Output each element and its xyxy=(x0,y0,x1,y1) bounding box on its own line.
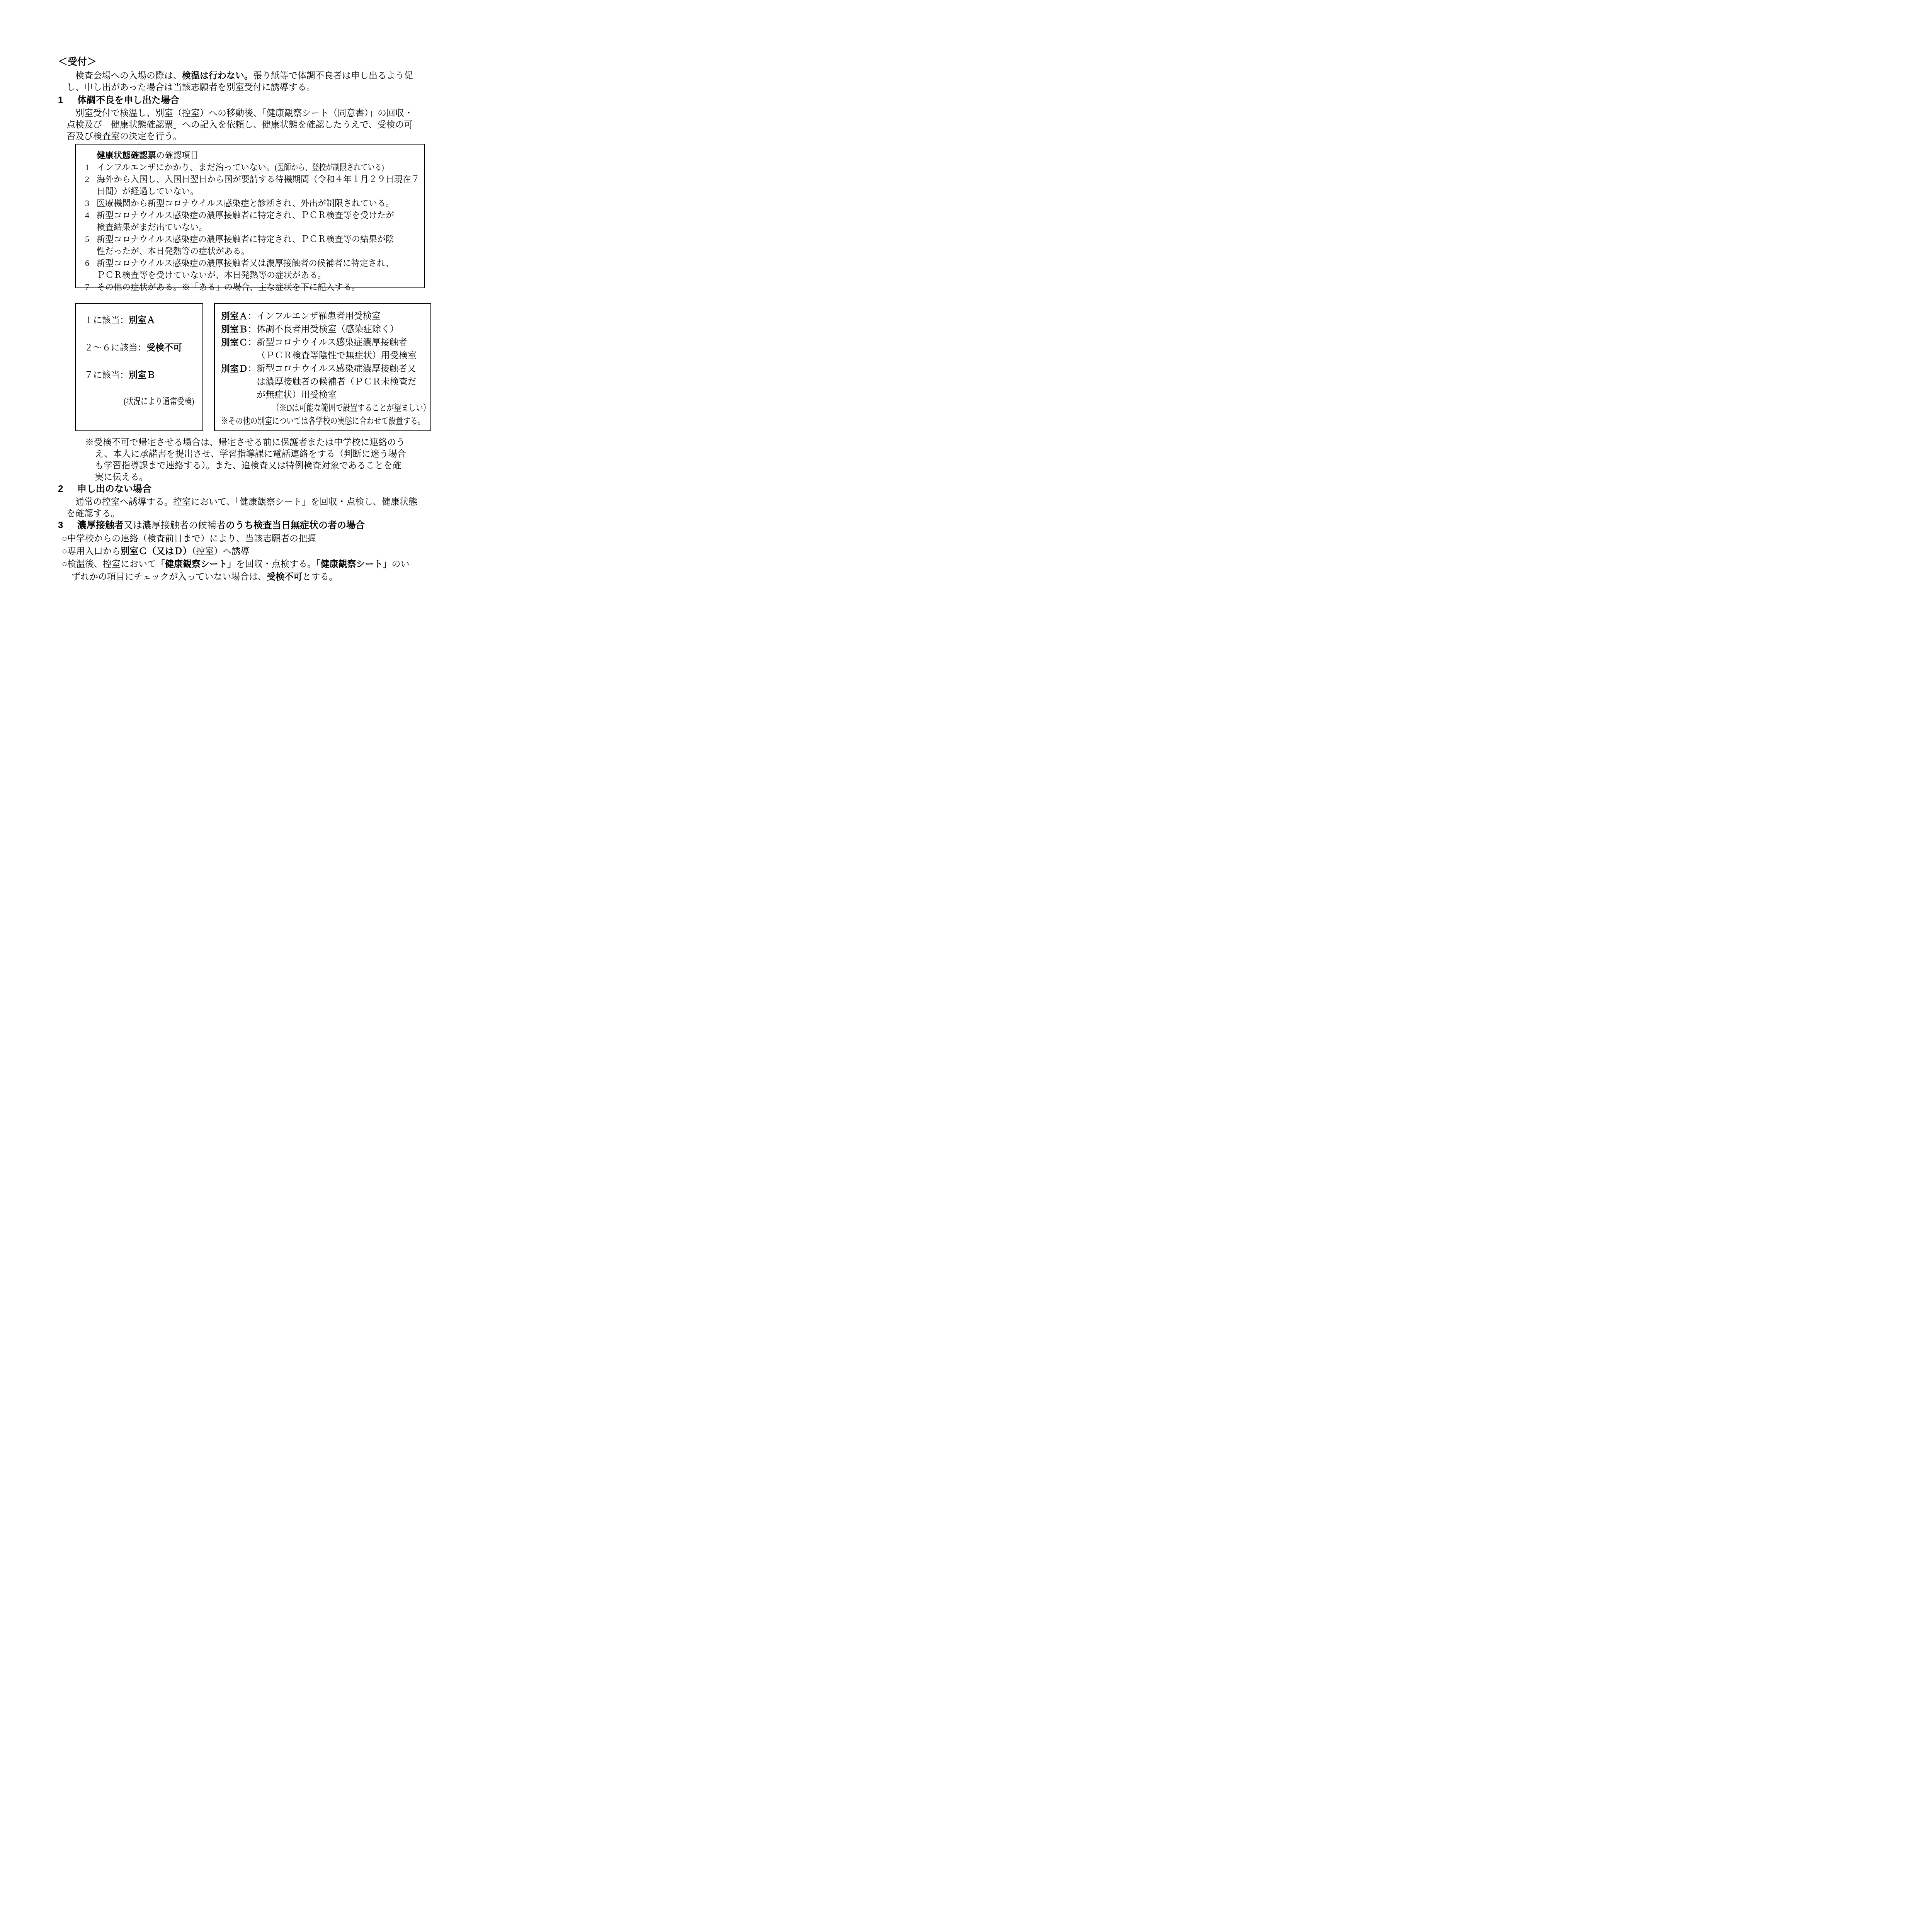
section-3-number: 3 xyxy=(58,520,77,531)
section-3-title-bold-1: 濃厚接触者 xyxy=(77,520,124,531)
assignment-room: 別室Ａ xyxy=(129,315,155,325)
bullet-text: ずれかの項目にチェックが入っていない場合は、 xyxy=(71,572,267,582)
item-note-narrow: (医師から、登校が制限されている) xyxy=(275,161,384,173)
item-number: 3 xyxy=(85,197,97,209)
room-desc: 体調不良者用受検室（感染症除く） xyxy=(257,323,430,336)
checklist-header: 健康状態確認票の確認項目 xyxy=(97,149,424,161)
text-line: 実に伝える。 xyxy=(95,471,406,483)
assignment-note: (状況により通常受検) xyxy=(124,396,202,407)
room-legend-box: 別室Ａ： インフルエンザ罹患者用受検室 別室Ｂ： 体調不良者用受検室（感染症除く… xyxy=(214,303,431,431)
room-desc: が無症状）用受検室 xyxy=(257,388,430,401)
intro-bold-no-temp-check: 検温は行わない。 xyxy=(182,70,253,80)
item-text: 医療機関から新型コロナウイルス感染症と診断され、外出が制限されている。 xyxy=(97,197,424,209)
intro-text: 張り紙等で体調不良者は申し出るよう促 xyxy=(253,71,413,80)
room-assignment-box: １に該当：別室Ａ ２～６に該当：受検不可 ７に該当：別室Ｂ (状況により通常受検… xyxy=(75,303,203,431)
room-colon: ： xyxy=(248,362,257,401)
bullet-text: ○専用入口から xyxy=(62,546,121,556)
section-1-title: 体調不良を申し出た場合 xyxy=(77,95,179,105)
section-2-title: 申し出のない場合 xyxy=(77,484,151,494)
bullet-text: のい xyxy=(391,559,409,569)
section-3-title-regular: 又は濃厚接触者の候補者 xyxy=(124,520,226,531)
bullet-text: （控室）へ誘導 xyxy=(192,546,250,556)
item-text-main: インフルエンザにかかり、まだ治っていない。 xyxy=(97,162,275,172)
room-desc: 新型コロナウイルス感染症濃厚接触者又 xyxy=(257,362,430,375)
room-colon: ： xyxy=(248,323,257,336)
text-line: 点検及び「健康状態確認票」への記入を依頼し、健康状態を確認したうえで、受検の可 xyxy=(66,119,413,131)
assignment-condition: ２～６に該当： xyxy=(84,343,146,352)
room-label: 別室Ｃ xyxy=(221,336,248,362)
intro-paragraph: 検査会場への入場の際は、検温は行わない。張り紙等で体調不良者は申し出るよう促 し… xyxy=(66,70,413,93)
go-home-note: ※受検不可で帰宅させる場合は、帰宅させる前に保護者または中学校に連絡のう え、本… xyxy=(85,437,406,483)
item-number: 2 xyxy=(85,173,97,197)
intro-text: 検査会場への入場の際は、 xyxy=(66,71,182,80)
checklist-box: 健康状態確認票の確認項目 1 インフルエンザにかかり、まだ治っていない。(医師か… xyxy=(75,144,425,288)
section-2-number: 2 xyxy=(58,484,77,494)
assignment-condition: １に該当： xyxy=(84,315,129,325)
text-line: を確認する。 xyxy=(66,508,417,519)
section-3-title-bold-2: のうち検査当日無症状の者の場合 xyxy=(226,520,365,531)
room-colon: ： xyxy=(248,336,257,362)
room-d-note: （※Dは可能な範囲で設置することが望ましい） xyxy=(272,401,430,415)
checklist-item-3: 3 医療機関から新型コロナウイルス感染症と診断され、外出が制限されている。 xyxy=(85,197,424,209)
other-rooms-note-text: ※その他の別室については各学校の実態に合わせて設置する。 xyxy=(221,415,425,428)
room-d-row: 別室Ｄ： 新型コロナウイルス感染症濃厚接触者又 は濃厚接触者の候補者（ＰＣＲ未検… xyxy=(221,362,430,401)
room-a-row: 別室Ａ： インフルエンザ罹患者用受検室 xyxy=(221,310,430,323)
text-line: 否及び検査室の決定を行う。 xyxy=(66,131,413,142)
bullet-contact-junior-high: ○中学校からの連絡（検査前日まで）により、当該志願者の把握 xyxy=(62,532,409,545)
bullet-dedicated-entrance: ○専用入口から別室Ｃ（又はＤ）（控室）へ誘導 xyxy=(62,545,409,558)
item-number: 6 xyxy=(85,257,97,281)
bullet-text: ○検温後、控室において xyxy=(62,559,156,569)
item-text: 新型コロナウイルス感染症の濃厚接触者に特定され、ＰＣＲ検査等を受けたが xyxy=(97,209,424,221)
other-rooms-note: ※その他の別室については各学校の実態に合わせて設置する。 xyxy=(221,415,430,428)
item-text: 新型コロナウイルス感染症の濃厚接触者に特定され、ＰＣＲ検査等の結果が陰 xyxy=(97,233,424,245)
text-line: も学習指導課まで連絡する）。また、追検査又は特例検査対象であることを確 xyxy=(95,460,406,471)
section-1-number: 1 xyxy=(58,95,77,105)
item-text: 性だったが、本日発熱等の症状がある。 xyxy=(97,245,424,257)
section-3-bullets: ○中学校からの連絡（検査前日まで）により、当該志願者の把握 ○専用入口から別室Ｃ… xyxy=(62,532,409,583)
checklist-item-2: 2 海外から入国し、入国日翌日から国が要請する待機期間（令和４年１月２９日現在７… xyxy=(85,173,424,197)
checklist-header-rest: の確認項目 xyxy=(156,150,199,160)
assignment-room: 別室Ｂ xyxy=(129,370,155,380)
item-number: 4 xyxy=(85,209,97,233)
room-label: 別室Ａ xyxy=(221,310,248,323)
room-desc: 新型コロナウイルス感染症濃厚接触者 xyxy=(257,336,430,349)
item-text: 日間）が経過していない。 xyxy=(97,185,424,197)
bullet-text: とする。 xyxy=(302,572,338,582)
checklist-item-4: 4 新型コロナウイルス感染症の濃厚接触者に特定され、ＰＣＲ検査等を受けたが 検査… xyxy=(85,209,424,233)
assignment-row-1: １に該当：別室Ａ xyxy=(84,313,202,327)
text-line: 通常の控室へ誘導する。控室において、「健康観察シート」を回収・点検し、健康状態 xyxy=(66,496,417,508)
room-b-row: 別室Ｂ： 体調不良者用受検室（感染症除く） xyxy=(221,323,430,336)
item-text: 検査結果がまだ出ていない。 xyxy=(97,221,424,233)
not-allowed-bold: 受検不可 xyxy=(267,571,302,582)
item-text: ＰＣＲ検査等を受けていないが、本日発熱等の症状がある。 xyxy=(97,269,424,281)
item-text: その他の症状がある。※「ある」の場合、主な症状を下に記入する。 xyxy=(97,281,424,293)
room-desc: （ＰＣＲ検査等陰性で無症状）用受検室 xyxy=(257,349,430,362)
room-label: 別室Ｂ xyxy=(221,323,248,336)
item-text: 新型コロナウイルス感染症の濃厚接触者又は濃厚接触者の候補者に特定され、 xyxy=(97,257,424,269)
item-number: 7 xyxy=(85,281,97,293)
section-1-heading: 1体調不良を申し出た場合 xyxy=(58,95,179,105)
item-number: 5 xyxy=(85,233,97,257)
checklist-item-6: 6 新型コロナウイルス感染症の濃厚接触者又は濃厚接触者の候補者に特定され、 ＰＣ… xyxy=(85,257,424,281)
intro-line-1: 検査会場への入場の際は、検温は行わない。張り紙等で体調不良者は申し出るよう促 xyxy=(66,70,413,82)
item-text: 海外から入国し、入国日翌日から国が要請する待機期間（令和４年１月２９日現在７ xyxy=(97,173,424,185)
health-sheet-bold: 「健康観察シート」 xyxy=(156,559,236,569)
section-1-paragraph: 別室受付で検温し、別室（控室）への移動後、「健康観察シート（同意書）」の回収・ … xyxy=(66,107,413,142)
bullet-text: を回収・点検する。 xyxy=(236,559,316,569)
assignment-room: 受検不可 xyxy=(146,342,182,352)
assignment-row-2: ２～６に該当：受検不可 xyxy=(84,341,202,354)
room-desc: インフルエンザ罹患者用受検室 xyxy=(257,310,430,323)
item-text: インフルエンザにかかり、まだ治っていない。(医師から、登校が制限されている) xyxy=(97,161,424,173)
assignment-row-3: ７に該当：別室Ｂ xyxy=(84,368,202,382)
room-label: 別室Ｄ xyxy=(221,362,248,401)
health-sheet-bold: 「健康観察シート」 xyxy=(316,559,392,569)
checklist-item-7: 7 その他の症状がある。※「ある」の場合、主な症状を下に記入する。 xyxy=(85,281,424,293)
document-page: ＜受付＞ 検査会場への入場の際は、検温は行わない。張り紙等で体調不良者は申し出る… xyxy=(0,0,479,678)
bullet-room-bold: 別室Ｃ（又はＤ） xyxy=(121,546,192,556)
page-title-text: ＜受付＞ xyxy=(58,56,97,67)
intro-line-2: し、申し出があった場合は当該志願者を別室受付に誘導する。 xyxy=(66,82,413,93)
assignment-note-text: (状況により通常受検) xyxy=(124,396,194,407)
text-line: 別室受付で検温し、別室（控室）への移動後、「健康観察シート（同意書）」の回収・ xyxy=(66,107,413,119)
bullet-health-sheet-line-2: ずれかの項目にチェックが入っていない場合は、受検不可とする。 xyxy=(71,570,409,583)
checklist-item-5: 5 新型コロナウイルス感染症の濃厚接触者に特定され、ＰＣＲ検査等の結果が陰 性だ… xyxy=(85,233,424,257)
checklist-item-1: 1 インフルエンザにかかり、まだ治っていない。(医師から、登校が制限されている) xyxy=(85,161,424,173)
item-number: 1 xyxy=(85,161,97,173)
bullet-health-sheet-line-1: ○検温後、控室において「健康観察シート」を回収・点検する。「健康観察シート」のい xyxy=(62,558,409,570)
checklist-header-bold: 健康状態確認票 xyxy=(97,150,156,160)
section-2-paragraph: 通常の控室へ誘導する。控室において、「健康観察シート」を回収・点検し、健康状態 … xyxy=(66,496,417,519)
assignment-condition: ７に該当： xyxy=(84,370,129,380)
section-3-heading: 3濃厚接触者又は濃厚接触者の候補者のうち検査当日無症状の者の場合 xyxy=(58,520,365,531)
room-desc: は濃厚接触者の候補者（ＰＣＲ未検査だ xyxy=(257,375,430,388)
page-title: ＜受付＞ xyxy=(58,56,97,67)
room-c-row: 別室Ｃ： 新型コロナウイルス感染症濃厚接触者 （ＰＣＲ検査等陰性で無症状）用受検… xyxy=(221,336,430,362)
text-line: え、本人に承諾書を提出させ、学習指導課に電話連絡をする（判断に迷う場合 xyxy=(95,448,406,460)
room-colon: ： xyxy=(248,310,257,323)
room-d-note-text: （※Dは可能な範囲で設置することが望ましい） xyxy=(272,401,430,415)
section-2-heading: 2申し出のない場合 xyxy=(58,484,151,494)
text-line: ※受検不可で帰宅させる場合は、帰宅させる前に保護者または中学校に連絡のう xyxy=(85,437,406,448)
